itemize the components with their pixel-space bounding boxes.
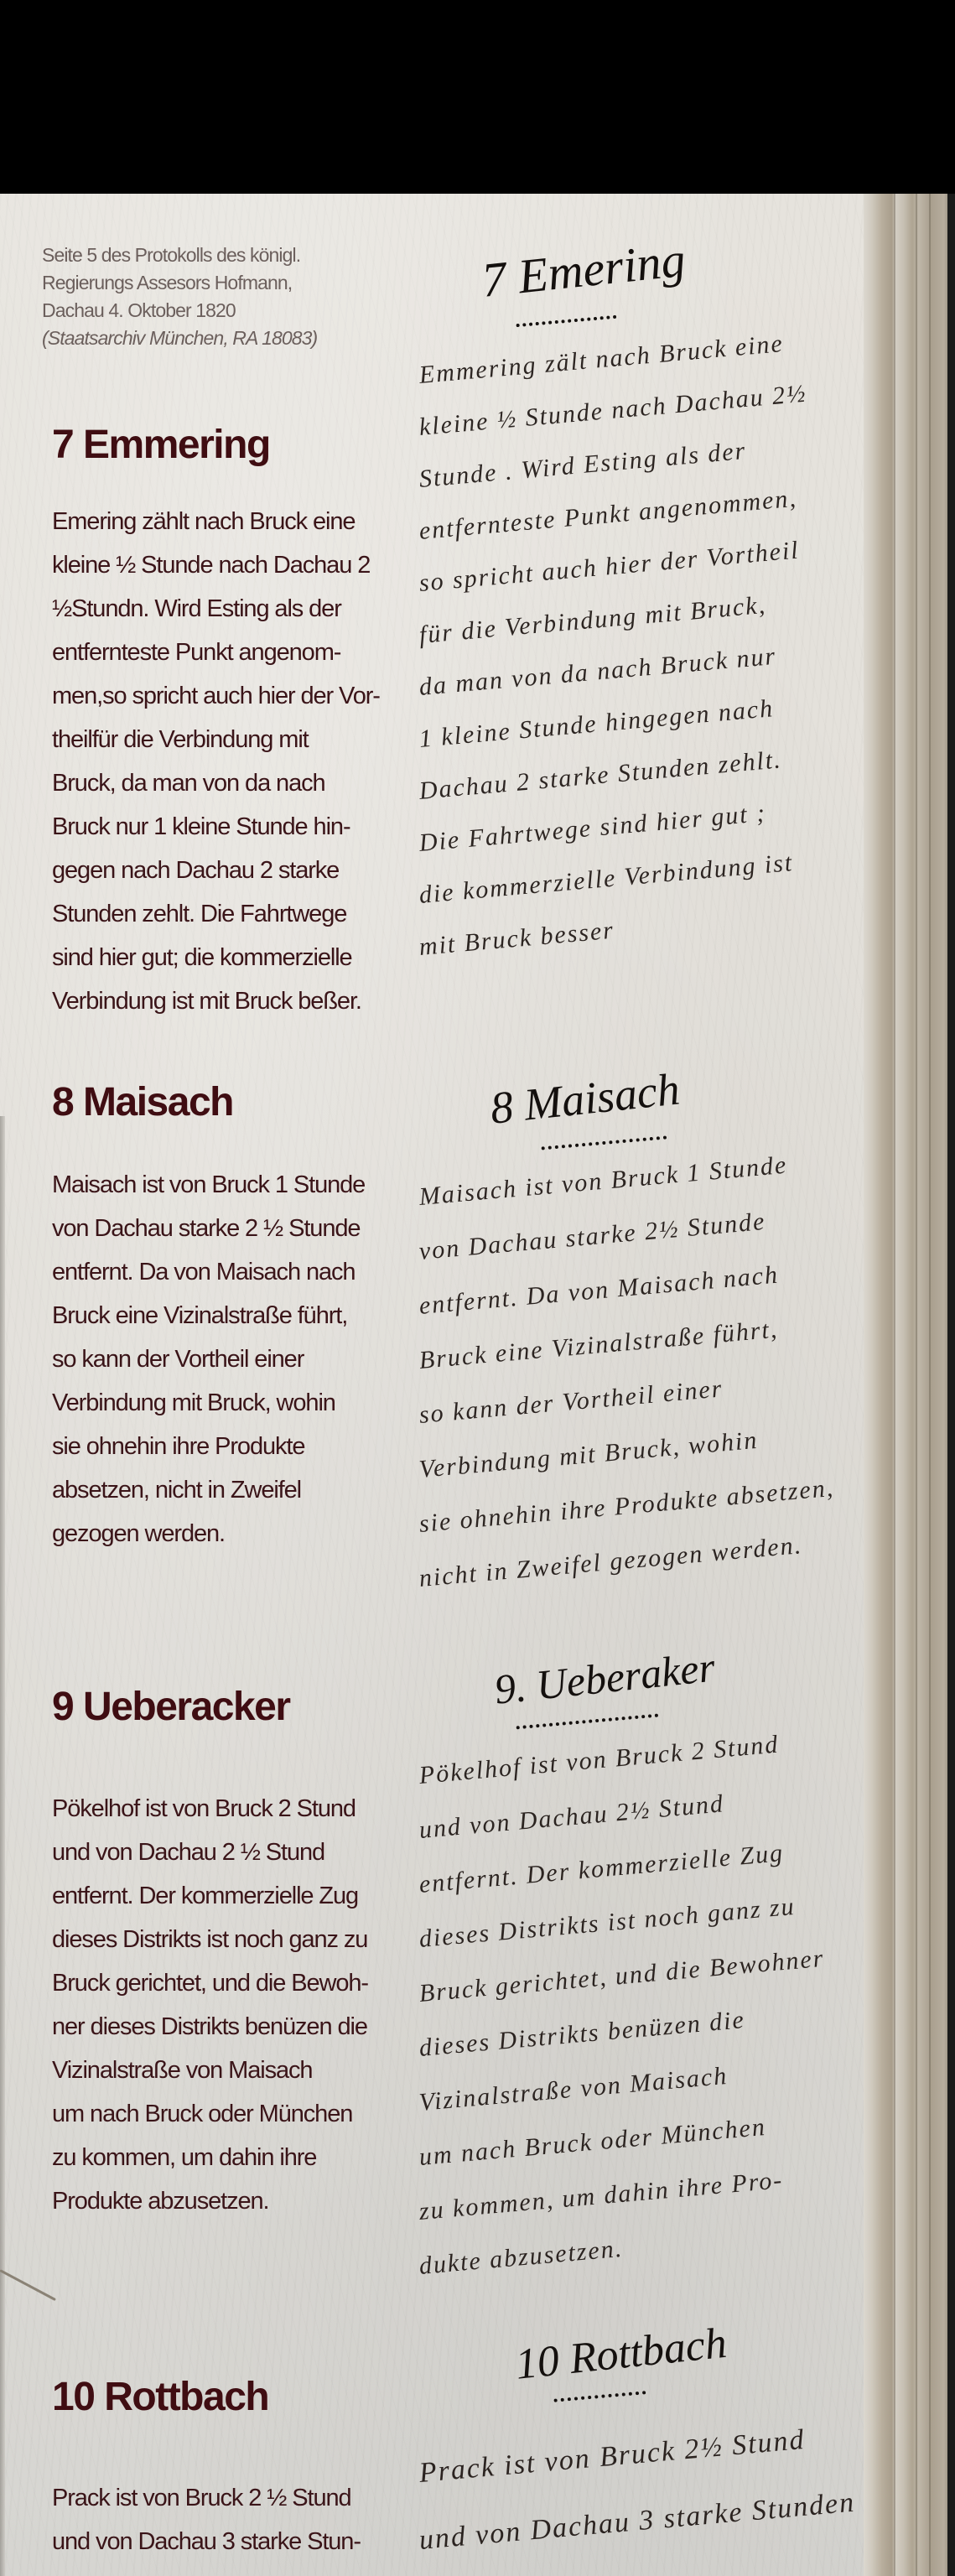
handwritten-line: so spricht auch hier der Vortheil xyxy=(418,536,801,598)
handwritten-heading-rottbach: 10 Rottbach xyxy=(513,2319,729,2390)
handwritten-line: Prack ist von Bruck 2½ Stund xyxy=(418,2424,807,2490)
text-line: entfernt. Der kommerzielle Zug xyxy=(52,1874,387,1918)
handwritten-line: zu kommen, um dahin ihre Pro- xyxy=(418,2166,785,2226)
source-note-line-2: Regierungs Assesors Hofmann, xyxy=(42,269,377,297)
handwritten-line: Pökelhof ist von Bruck 2 Stund xyxy=(418,1731,781,1790)
text-line: kleine ½ Stunde nach Dachau 2 xyxy=(52,543,387,587)
section-body-rottbach: Prack ist von Bruck 2 ½ Stund und von Da… xyxy=(52,2476,387,2563)
text-line: entfernteste Punkt angenom- xyxy=(52,631,387,674)
book-spine xyxy=(864,194,955,2576)
handwritten-line: und von Dachau 3 starke Stunden xyxy=(418,2487,856,2557)
handwritten-line: Bruck gerichtet, und die Bewohner xyxy=(418,1945,826,2008)
text-line: dieses Distrikts ist noch ganz zu xyxy=(52,1918,387,1961)
text-line: sind hier gut; die kommerzielle xyxy=(52,936,387,979)
text-line: Bruck eine Vizinalstraße führt, xyxy=(52,1294,387,1337)
handwritten-heading-maisach: 8 Maisach xyxy=(488,1062,683,1134)
text-line: ½Stundn. Wird Esting als der xyxy=(52,587,387,631)
text-line: theilfür die Verbindung mit xyxy=(52,718,387,761)
handwritten-line: sie ohnehin ihre Produkte absetzen, xyxy=(418,1474,836,1539)
handwritten-line: und von Dachau 2½ Stund xyxy=(418,1789,726,1845)
handwritten-line: dieses Distrikts benüzen die xyxy=(418,2006,747,2063)
handwritten-line: dieses Distrikts ist noch ganz zu xyxy=(418,1893,797,1954)
handwritten-line: dukte abzusetzen. xyxy=(418,2235,625,2281)
heading-flourish xyxy=(553,2382,646,2402)
text-line: absetzen, nicht in Zweifel xyxy=(52,1468,387,1512)
handwritten-line: um nach Bruck oder München xyxy=(418,2113,768,2172)
section-title-maisach: 8 Maisach xyxy=(52,1079,233,1125)
handwritten-line: von Dachau starke 2½ Stunde xyxy=(418,1207,767,1266)
heading-flourish xyxy=(516,307,617,327)
text-line: um nach Bruck oder München xyxy=(52,2092,387,2136)
spine-crease xyxy=(929,194,931,2576)
handwritten-line: entfernteste Punkt angenommen, xyxy=(418,485,799,546)
source-note-line-3: Dachau 4. Oktober 1820 xyxy=(42,297,377,325)
handwritten-line: Emmering zält nach Bruck eine xyxy=(418,330,786,390)
handwritten-line: entfernt. Da von Maisach nach xyxy=(418,1261,781,1321)
text-line: Bruck, da man von da nach xyxy=(52,761,387,805)
handwritten-line: da man von da nach Bruck nur xyxy=(418,642,778,702)
handwritten-line: entfernt. Der kommerzielle Zug xyxy=(418,1839,786,1899)
handwritten-manuscript: 7 Emering Emmering zält nach Bruck eine … xyxy=(402,194,864,2576)
text-line: entfernt. Da von Maisach nach xyxy=(52,1250,387,1294)
handwritten-line: 1 kleine Stunde hingegen nach xyxy=(418,694,776,754)
right-edge-shadow xyxy=(947,194,955,2576)
handwritten-line: für die Verbindung mit Bruck, xyxy=(418,591,768,650)
spine-crease xyxy=(916,194,917,2576)
section-title-emmering: 7 Emmering xyxy=(52,422,270,468)
spine-crease xyxy=(894,194,895,2576)
text-line: und von Dachau 3 starke Stun- xyxy=(52,2520,387,2563)
handwritten-line: kleine ½ Stunde nach Dachau 2½ xyxy=(418,380,808,442)
text-line: Verbindung ist mit Bruck beßer. xyxy=(52,979,387,1023)
text-line: Bruck gerichtet, und die Bewoh- xyxy=(52,1961,387,2005)
text-line: men,so spricht auch hier der Vor- xyxy=(52,674,387,718)
text-line: ner dieses Distrikts benüzen die xyxy=(52,2005,387,2049)
handwritten-line: Stunde . Wird Esting als der xyxy=(418,437,748,494)
text-line: Pökelhof ist von Bruck 2 Stund xyxy=(52,1787,387,1831)
text-line: Emering zählt nach Bruck eine xyxy=(52,500,387,543)
section-body-emmering: Emering zählt nach Bruck eine kleine ½ S… xyxy=(52,500,387,1023)
text-line: zu kommen, um dahin ihre xyxy=(52,2136,387,2179)
handwritten-line: Dachau 2 starke Stunden zehlt. xyxy=(418,745,783,806)
handwritten-line: mit Bruck besser xyxy=(418,917,616,962)
handwritten-line: Vizinalstraße von Maisach xyxy=(418,2062,729,2117)
source-note-line-1: Seite 5 des Protokolls des königl. xyxy=(42,241,377,269)
section-title-rottbach: 10 Rottbach xyxy=(52,2374,268,2420)
page-left-edge xyxy=(0,1116,5,2576)
text-line: Verbindung mit Bruck, wohin xyxy=(52,1381,387,1425)
text-line: Bruck nur 1 kleine Stunde hin- xyxy=(52,805,387,849)
text-line: so kann der Vortheil einer xyxy=(52,1337,387,1381)
text-line: und von Dachau 2 ½ Stund xyxy=(52,1831,387,1874)
source-note: Seite 5 des Protokolls des königl. Regie… xyxy=(42,241,377,352)
text-line: Vizinalstraße von Maisach xyxy=(52,2049,387,2092)
handwritten-heading-emering: 7 Emering xyxy=(479,231,688,309)
section-body-maisach: Maisach ist von Bruck 1 Stunde von Dacha… xyxy=(52,1163,387,1555)
text-line: gegen nach Dachau 2 starke xyxy=(52,849,387,892)
handwritten-line: die kommerzielle Verbindung ist xyxy=(418,849,795,910)
handwritten-line: Bruck eine Vizinalstraße führt, xyxy=(418,1316,780,1375)
archive-reference: (Staatsarchiv München, RA 18083) xyxy=(42,325,377,352)
manuscript-page-photo: Seite 5 des Protokolls des königl. Regie… xyxy=(0,194,955,2576)
text-line: sie ohnehin ihre Produkte xyxy=(52,1425,387,1468)
text-line: von Dachau starke 2 ½ Stunde xyxy=(52,1207,387,1250)
heading-flourish xyxy=(541,1127,667,1150)
section-body-ueberacker: Pökelhof ist von Bruck 2 Stund und von D… xyxy=(52,1787,387,2223)
section-title-ueberacker: 9 Ueberacker xyxy=(52,1684,290,1730)
text-line: Prack ist von Bruck 2 ½ Stund xyxy=(52,2476,387,2520)
text-line: Produkte abzusetzen. xyxy=(52,2179,387,2223)
text-line: Maisach ist von Bruck 1 Stunde xyxy=(52,1163,387,1207)
handwritten-line: Die Fahrtwege sind hier gut ; xyxy=(418,799,768,858)
top-black-band xyxy=(0,0,955,194)
handwritten-line: Verbindung mit Bruck, wohin xyxy=(418,1426,760,1484)
handwritten-line: so kann der Vortheil einer xyxy=(418,1374,724,1430)
handwritten-line: Maisach ist von Bruck 1 Stunde xyxy=(418,1151,789,1212)
text-line: gezogen werden. xyxy=(52,1512,387,1555)
text-line: Stunden zehlt. Die Fahrtwege xyxy=(52,892,387,936)
handwritten-heading-ueberaker: 9. Ueberaker xyxy=(492,1643,717,1714)
handwritten-line: nicht in Zweifel gezogen werden. xyxy=(418,1531,804,1593)
